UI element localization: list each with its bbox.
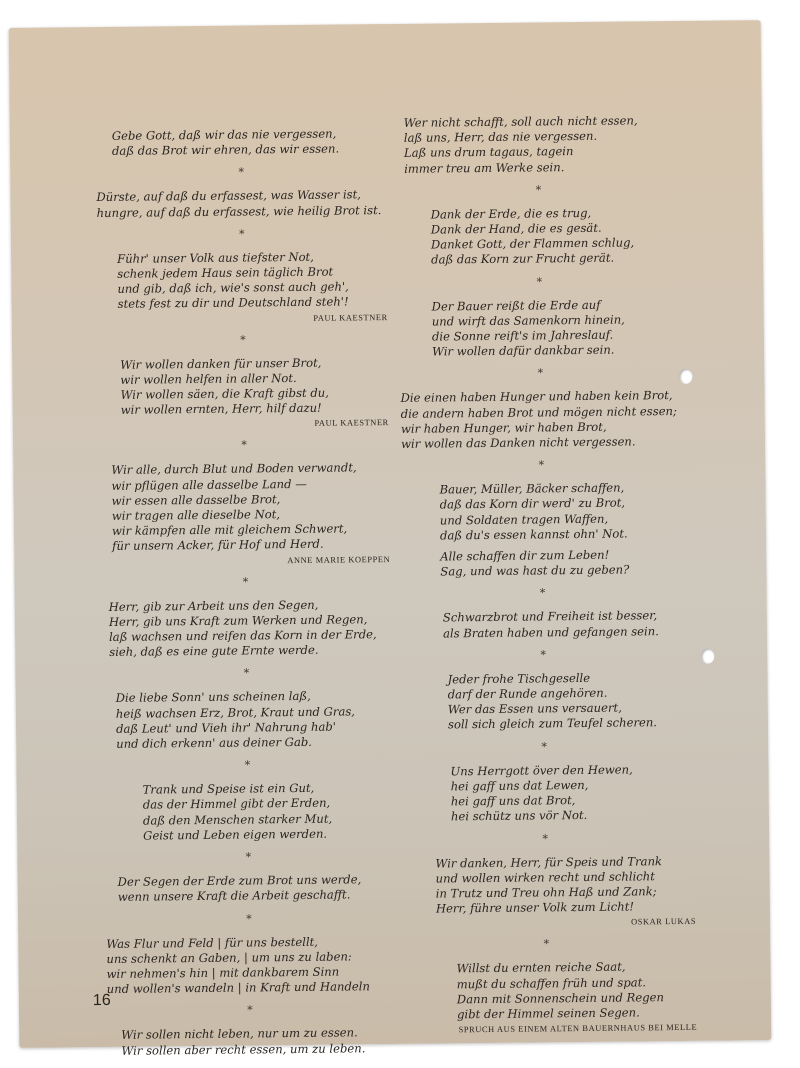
poem-stanza: Was Flur und Feld | für uns bestellt,uns…: [104, 933, 395, 997]
poem-line: gibt der Himmel seinen Segen.: [457, 1005, 697, 1023]
poem-stanza: Gebe Gott, daß wir das nie vergessen,daß…: [96, 126, 386, 159]
poem-line: Wir danken, Herr, für Speis und Trank: [435, 853, 695, 871]
poem-line: soll sich gleich zum Teufel scheren.: [448, 715, 694, 733]
poem-stanza: Wer nicht schafft, soll auch nicht essen…: [388, 113, 689, 177]
poem-stanza: Herr, gib zur Arbeit uns den Segen,Herr,…: [101, 597, 392, 661]
stanza-separator: *: [391, 458, 691, 473]
page-number: 16: [93, 992, 111, 1010]
stanza-separator: *: [97, 227, 387, 242]
stanza-separator: *: [394, 740, 694, 755]
poem-author: OSKAR LUKAS: [436, 916, 696, 931]
poem-line: sieh, daß es eine gute Ernte werde.: [109, 642, 391, 660]
poem-line: und wollen's wandeln | in Kraft und Hand…: [107, 979, 395, 997]
stanza-separator: *: [393, 586, 693, 601]
stanza-separator: *: [102, 758, 392, 773]
poem-stanza: Der Segen der Erde zum Brot uns werde,we…: [104, 872, 394, 905]
stanza-separator: *: [101, 666, 391, 681]
poem-author: PAUL KAESTNER: [121, 417, 389, 432]
punch-hole: [701, 649, 714, 664]
poem-stanza: Wir danken, Herr, für Speis und Trankund…: [395, 853, 696, 931]
stanza-separator: *: [389, 274, 689, 289]
poem-line: wir wollen das Danken nicht vergessen.: [401, 434, 691, 452]
stanza-separator: *: [105, 1003, 395, 1018]
stanza-separator: *: [395, 831, 695, 846]
stanza-separator: *: [393, 648, 693, 663]
poem-line: Sag, und was hast du zu geben?: [440, 562, 692, 580]
stanza-separator: *: [104, 911, 394, 926]
poem-line: und dich erkenn' aus deiner Gab.: [116, 734, 392, 752]
poem-line: Geist und Leben eigen werden.: [143, 826, 393, 844]
poem-line: heiß wachsen Erz, Brot, Kraut und Gras,: [116, 704, 392, 722]
poem-stanza: Jeder frohe Tischgeselledarf der Runde a…: [393, 670, 694, 734]
poem-line: für unsern Acker, für Hof und Herd.: [112, 536, 390, 554]
poem-line: Wir alle, durch Blut und Boden verwandt,: [111, 460, 389, 478]
poem-author: PAUL KAESTNER: [118, 312, 388, 327]
poem-author: ANNE MARIE KOEPPEN: [112, 554, 390, 569]
poem-line: hungre, auf daß du erfassest, wie heilig…: [97, 203, 387, 221]
right-column: Wer nicht schafft, soll auch nicht essen…: [388, 113, 698, 1037]
stanza-separator: *: [103, 850, 393, 865]
poem-stanza: Dürste, auf daß du erfassest, was Wasser…: [96, 187, 386, 220]
poem-line: Herr, führe unser Volk zum Licht!: [436, 899, 696, 917]
poem-stanza: Wir wollen danken für unser Brot,wir wol…: [98, 355, 389, 433]
poem-stanza: Wir alle, durch Blut und Boden verwandt,…: [99, 460, 390, 568]
poem-stanza: Dank der Erde, die es trug,Dank der Hand…: [389, 205, 690, 269]
poem-line: immer treu am Werke sein.: [404, 158, 688, 176]
poem-line: daß das Brot wir ehren, das wir essen.: [112, 141, 386, 159]
poem-stanza: Der Bauer reißt die Erde aufund wirft da…: [390, 296, 691, 360]
stanza-separator: *: [388, 183, 688, 198]
poem-line: als Braten haben und gefangen sein.: [443, 624, 693, 642]
poem-author: SPRUCH AUS EINEM ALTEN BAUERNHAUS BEI ME…: [457, 1022, 697, 1037]
stanza-separator: *: [396, 937, 696, 952]
book-page: Gebe Gott, daß wir das nie vergessen,daß…: [9, 20, 772, 1048]
stanza-separator: *: [98, 333, 388, 348]
poem-line: daß das Korn zur Frucht gerät.: [431, 250, 689, 268]
poem-stanza: Bauer, Müller, Bäcker schaffen,daß das K…: [391, 480, 692, 580]
poem-stanza: Schwarzbrot und Freiheit ist besser,als …: [393, 608, 693, 642]
poem-stanza: Uns Herrgott över den Hewen,hei gaff uns…: [394, 762, 695, 826]
stanza-separator: *: [99, 438, 389, 453]
poem-stanza: Führ' unser Volk aus tiefster Not,schenk…: [97, 249, 388, 327]
poem-line: wir wollen ernten, Herr, hilf dazu!: [121, 400, 389, 418]
poem-line: hei schütz uns vör Not.: [451, 807, 695, 825]
poem-line: Wir wollen dafür dankbar sein.: [432, 342, 690, 360]
poem-stanza: Die einen haben Hunger und haben kein Br…: [391, 388, 692, 452]
stanza-separator: *: [390, 366, 690, 381]
poem-line: Wir sollen aber recht essen, um zu leben…: [121, 1040, 395, 1058]
poem-line: stets fest zu dir und Deutschland steh'!: [118, 294, 388, 312]
poem-line: wenn unsere Kraft die Arbeit geschafft.: [118, 887, 394, 905]
stanza-separator: *: [100, 575, 390, 590]
poem-line: Dann mit Sonnenschein und Regen: [457, 990, 697, 1008]
poem-stanza: Die liebe Sonn' uns scheinen laß,heiß wa…: [102, 688, 393, 752]
poem-line: die andern haben Brot und mögen nicht es…: [401, 403, 691, 421]
stanza-separator: *: [96, 165, 386, 180]
poem-stanza: Wir sollen nicht leben, nur um zu essen.…: [105, 1025, 395, 1058]
left-column: Gebe Gott, daß wir das nie vergessen,daß…: [96, 126, 396, 1059]
poem-stanza: Willst du ernten reiche Saat,mußt du sch…: [396, 959, 697, 1037]
poem-stanza: Trank und Speise ist ein Gut,das der Him…: [103, 780, 394, 844]
poem-line: uns schenkt an Gaben, | um uns zu laben:: [106, 949, 394, 967]
